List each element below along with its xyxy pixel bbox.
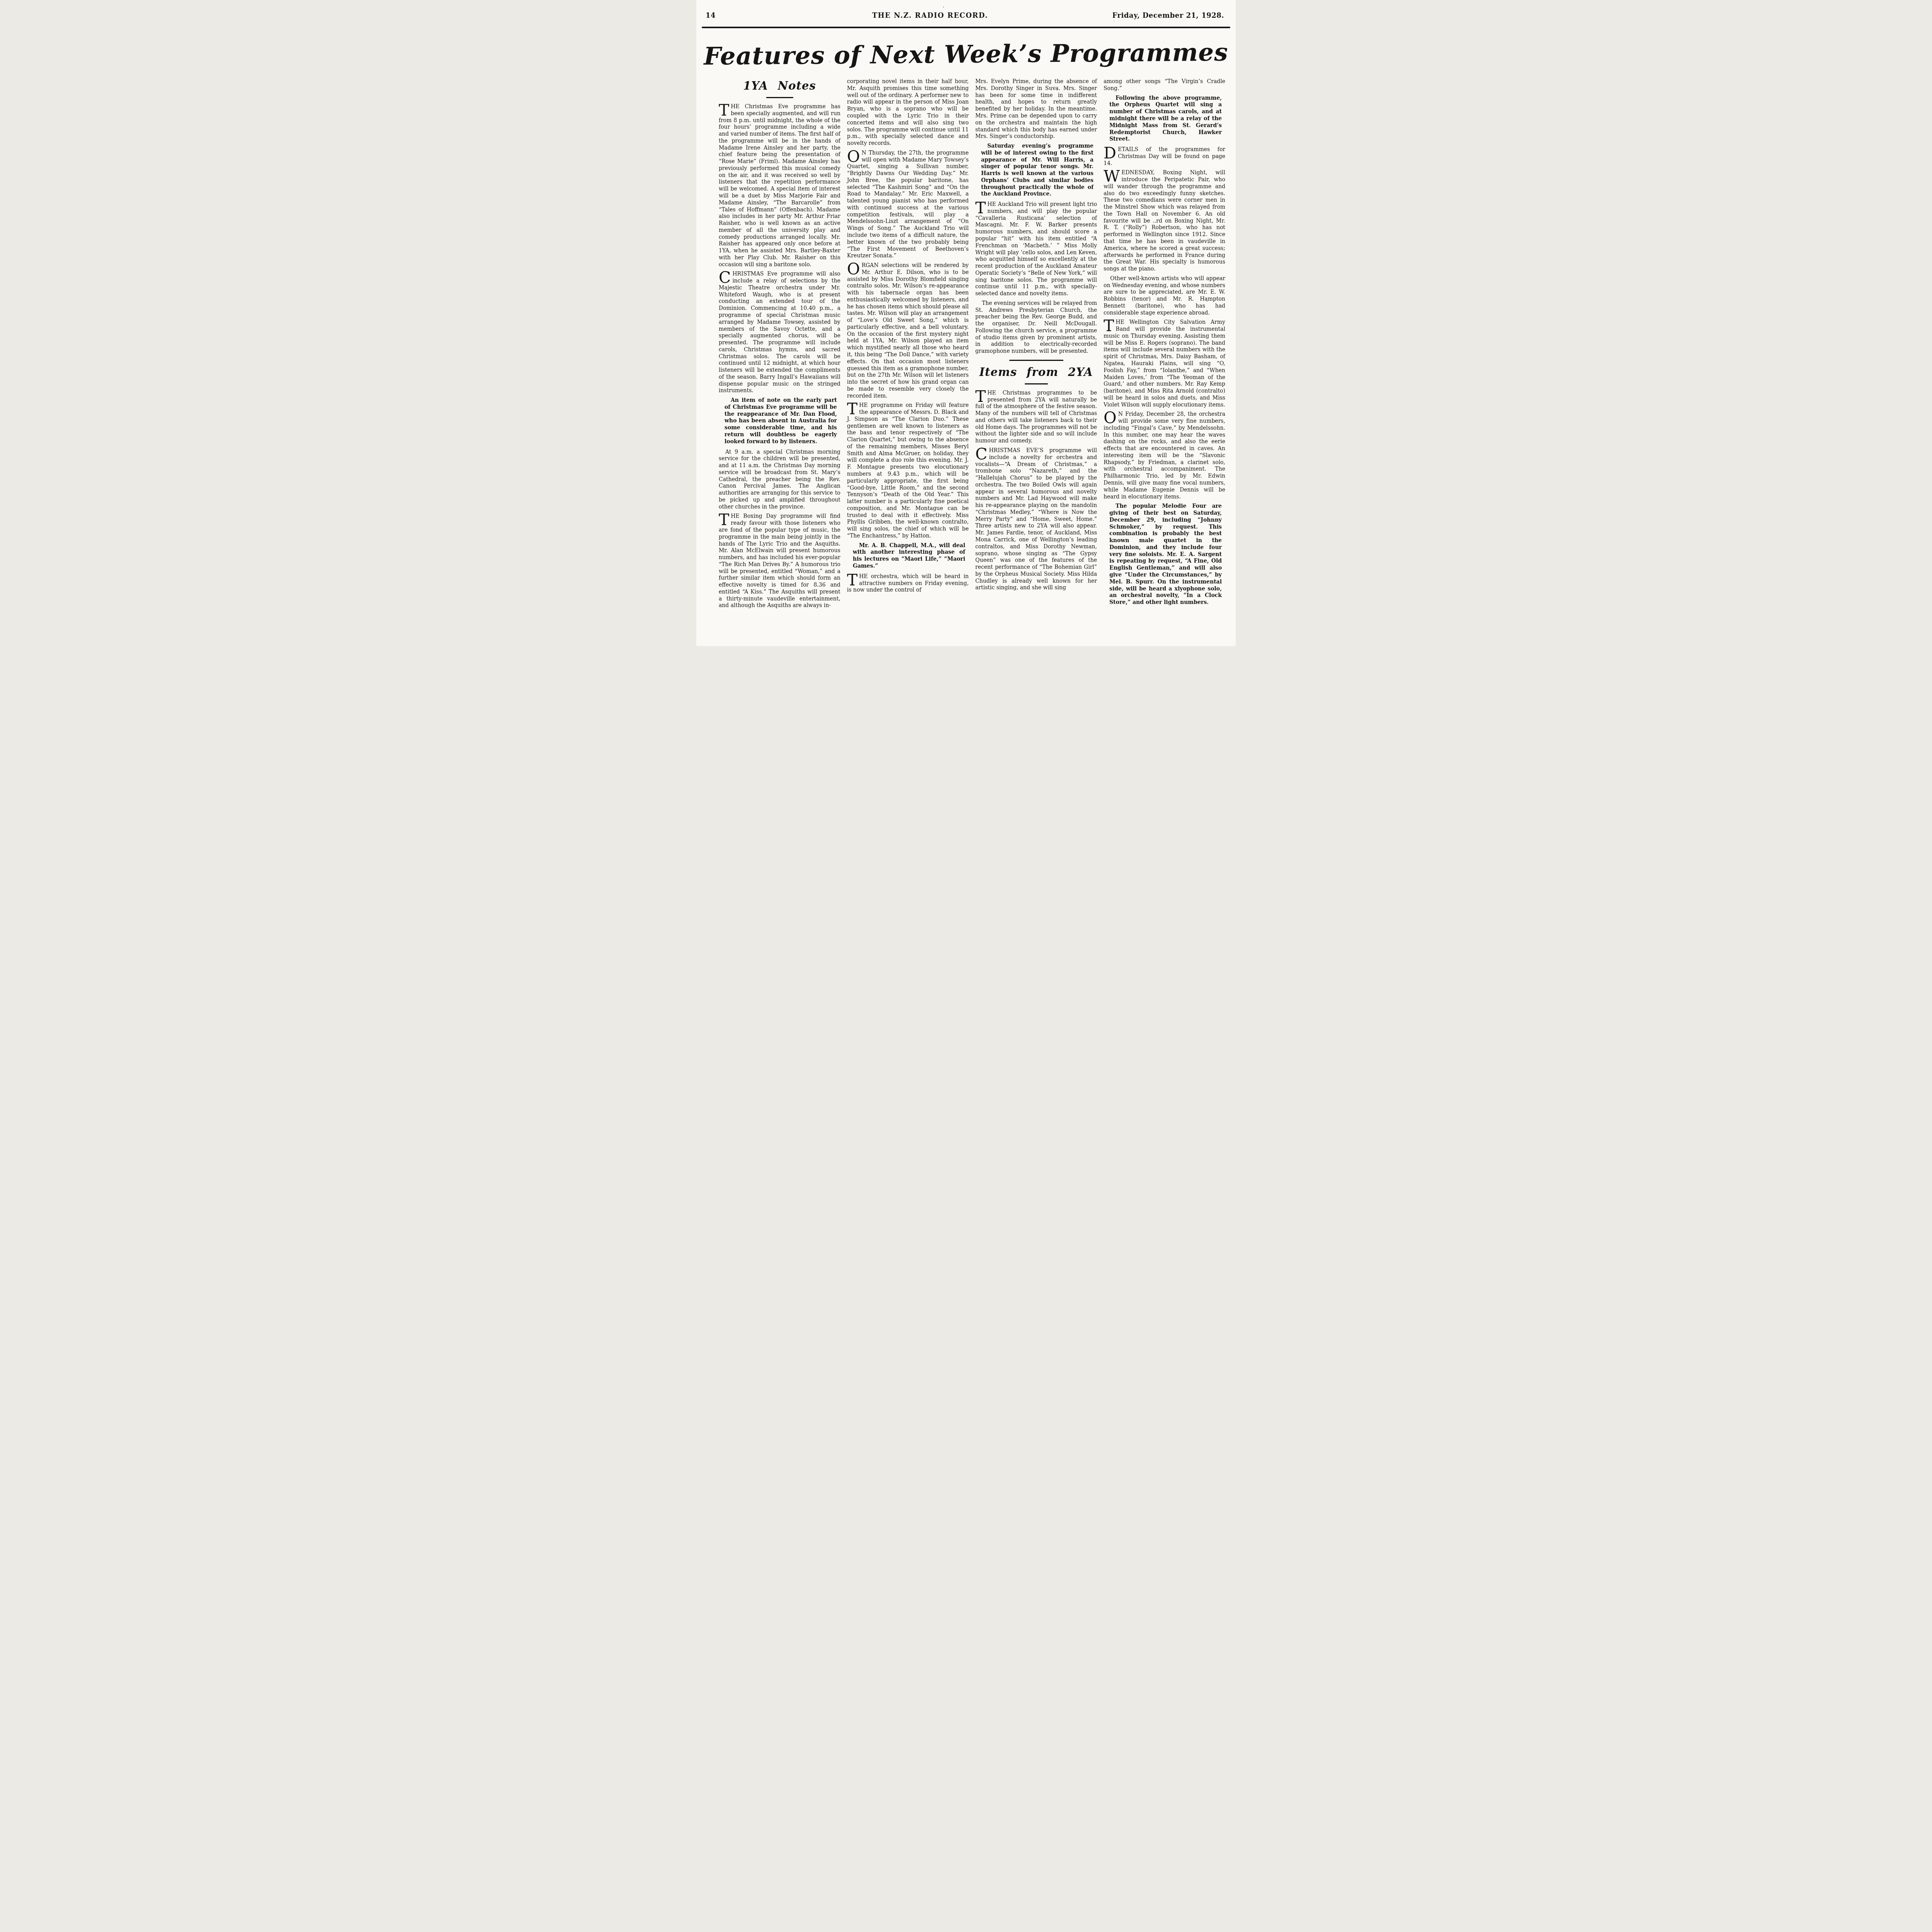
- lead-caps: HE: [731, 104, 739, 110]
- divider-rule: [766, 97, 793, 98]
- drop-cap: T: [719, 104, 731, 116]
- lead-caps: HE: [987, 390, 996, 396]
- paragraph-text: Christmas programmes to be presented fro…: [975, 390, 1097, 444]
- paragraph-text: Thursday, the 27th, the programme will o…: [847, 150, 969, 259]
- drop-cap: W: [1104, 170, 1121, 182]
- drop-cap: T: [847, 573, 859, 586]
- drop-cap: C: [719, 271, 732, 284]
- masthead: 14 THE N.Z. RADIO RECORD. Friday, Decemb…: [696, 0, 1236, 23]
- paragraph: ON Friday, December 28, the orchestra wi…: [1104, 411, 1225, 500]
- paragraph-text: Friday, December 28, the orchestra will …: [1104, 411, 1225, 500]
- paragraph: CHRISTMAS EVE’S programme will include a…: [975, 447, 1097, 592]
- paragraph: among other songs “The Virgin’s Cradle S…: [1104, 78, 1225, 92]
- column-4: among other songs “The Virgin’s Cradle S…: [1104, 78, 1225, 612]
- issue-date: Friday, December 21, 1928.: [1108, 12, 1224, 20]
- lead-caps: HE: [859, 573, 867, 580]
- drop-cap: T: [719, 513, 731, 526]
- lead-caps: HRISTMAS: [989, 447, 1020, 454]
- paragraph-text: Boxing Night, will introduce the Peripat…: [1104, 170, 1225, 272]
- columns: 1YA NotesTHE Christmas Eve programme has…: [696, 78, 1236, 625]
- drop-cap: T: [975, 390, 987, 403]
- paragraph: THE Auckland Trio will present light tri…: [975, 201, 1097, 298]
- paragraph: corporating novel items in their half ho…: [847, 78, 969, 147]
- bold-paragraph: An item of note on the early part of Chr…: [719, 397, 840, 445]
- column-2: corporating novel items in their half ho…: [847, 78, 969, 612]
- newspaper-page: 14 THE N.Z. RADIO RECORD. Friday, Decemb…: [696, 0, 1236, 646]
- drop-cap: T: [847, 402, 859, 415]
- paragraph: THE Christmas Eve programme has been spe…: [719, 104, 840, 268]
- paragraph: THE orchestra, which will be heard in at…: [847, 573, 969, 594]
- paragraph: THE programme on Friday will feature the…: [847, 402, 969, 539]
- masthead-rule: [702, 27, 1230, 28]
- paragraph-text: The evening services will be relayed fro…: [975, 300, 1097, 354]
- lead-caps: ETAILS: [1118, 146, 1138, 153]
- paragraph-text: Mrs. Evelyn Prime, during the absence of…: [975, 78, 1097, 139]
- paragraph: WEDNESDAY, Boxing Night, will introduce …: [1104, 170, 1225, 272]
- paragraph-text: Saturday evening’s programme will be of …: [981, 143, 1094, 197]
- paragraph: The evening services will be relayed fro…: [975, 300, 1097, 355]
- paragraph: At 9 a.m. a special Christmas morning se…: [719, 449, 840, 511]
- paragraph-text: An item of note on the early part of Chr…: [724, 397, 837, 445]
- paragraph: DETAILS of the programmes for Christmas …: [1104, 146, 1225, 167]
- lead-caps: HE: [987, 201, 996, 207]
- paragraph: ORGAN selections will be rendered by Mr.…: [847, 262, 969, 400]
- paragraph: THE Boxing Day programme will find ready…: [719, 513, 840, 609]
- page-headline: Features of Next Week’s Programmes: [700, 39, 1232, 69]
- paragraph-text: Other well-known artists who will appear…: [1104, 276, 1225, 316]
- drop-cap: O: [847, 262, 862, 275]
- lead-caps: EDNESDAY,: [1121, 170, 1155, 176]
- paragraph-text: selections will be rendered by Mr. Arthu…: [847, 262, 969, 399]
- divider-rule: [1009, 360, 1063, 361]
- drop-cap: C: [975, 447, 989, 460]
- bold-paragraph: Following the above programme, the Orphe…: [1104, 95, 1225, 143]
- paragraph-text: Wellington City Salvation Army Band will…: [1104, 319, 1225, 408]
- paragraph-text: Following the above programme, the Orphe…: [1109, 95, 1222, 143]
- bold-paragraph: Saturday evening’s programme will be of …: [975, 143, 1097, 198]
- section-heading-1ya-notes: 1YA Notes: [719, 80, 840, 92]
- lead-caps: HE: [1116, 319, 1124, 325]
- lead-caps: N: [862, 150, 866, 156]
- drop-cap: T: [975, 201, 987, 214]
- masthead-title: THE N.Z. RADIO RECORD.: [752, 12, 1108, 20]
- lead-caps: HRISTMAS: [732, 271, 764, 277]
- paragraph-text: Eve programme will also include a relay …: [719, 271, 840, 394]
- paragraph-text: Auckland Trio will present light trio nu…: [975, 201, 1097, 297]
- paragraph-text: Christmas Eve programme has been special…: [719, 104, 840, 268]
- paragraph-text: EVE’S programme will include a novelty f…: [975, 447, 1097, 591]
- column-1: 1YA NotesTHE Christmas Eve programme has…: [719, 78, 840, 612]
- bold-paragraph: Mr. A. B. Chappell, M.A., will deal with…: [847, 543, 969, 570]
- paragraph: ON Thursday, the 27th, the programme wil…: [847, 150, 969, 260]
- paragraph: THE Christmas programmes to be presented…: [975, 390, 1097, 445]
- section-heading-items-from-2ya: Items from 2YA: [975, 366, 1097, 379]
- drop-cap: D: [1104, 146, 1118, 159]
- drop-cap: T: [1104, 319, 1116, 332]
- paragraph: CHRISTMAS Eve programme will also includ…: [719, 271, 840, 395]
- paragraph-text: Mr. A. B. Chappell, M.A., will deal with…: [853, 543, 965, 569]
- lead-caps: N: [1118, 411, 1123, 417]
- paragraph-text: programme on Friday will feature the app…: [847, 402, 969, 539]
- paragraph: THE Wellington City Salvation Army Band …: [1104, 319, 1225, 408]
- paragraph-text: At 9 a.m. a special Christmas morning se…: [719, 449, 840, 510]
- bold-paragraph: The popular Melodie Four are giving of t…: [1104, 503, 1225, 606]
- drop-cap: O: [1104, 411, 1118, 424]
- drop-cap: O: [847, 150, 862, 163]
- page-number: 14: [706, 12, 752, 20]
- column-3: Mrs. Evelyn Prime, during the absence of…: [975, 78, 1097, 612]
- paragraph-text: among other songs “The Virgin’s Cradle S…: [1104, 78, 1225, 92]
- paragraph-text: corporating novel items in their half ho…: [847, 78, 969, 146]
- paragraph-text: The popular Melodie Four are giving of t…: [1109, 503, 1222, 605]
- divider-rule: [1025, 383, 1048, 384]
- lead-caps: RGAN: [862, 262, 879, 269]
- lead-caps: HE: [731, 513, 739, 519]
- lead-caps: HE: [859, 402, 867, 408]
- paragraph: Other well-known artists who will appear…: [1104, 276, 1225, 317]
- paragraph-text: Boxing Day programme will find ready fav…: [719, 513, 840, 609]
- paragraph: Mrs. Evelyn Prime, during the absence of…: [975, 78, 1097, 140]
